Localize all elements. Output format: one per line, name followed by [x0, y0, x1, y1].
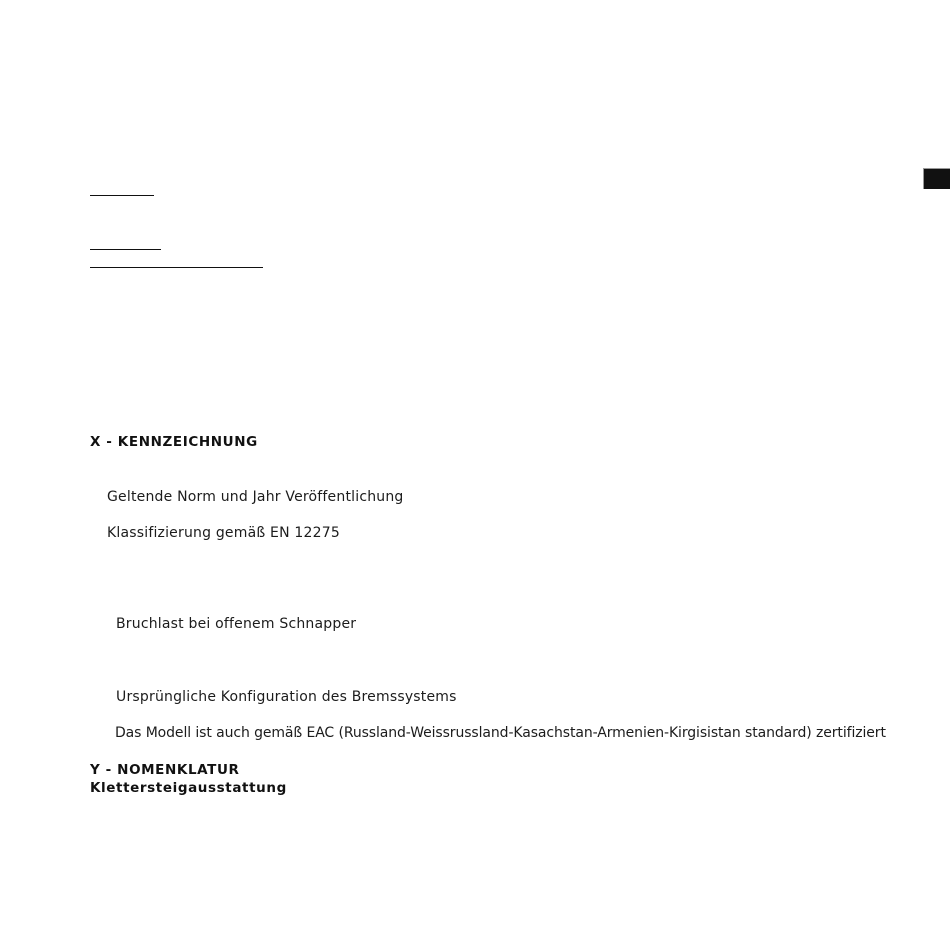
section-subheading-equipment: Klettersteigausstattung — [90, 779, 287, 797]
marking-item-brake-configuration: Ursprüngliche Konfiguration des Bremssys… — [116, 688, 457, 706]
marking-item-eac-certification: Das Modell ist auch gemäß EAC (Russland-… — [115, 724, 886, 742]
underline-rule — [90, 249, 161, 250]
section-heading-kennzeichnung: X - KENNZEICHNUNG — [90, 433, 258, 451]
marking-item-classification: Klassifizierung gemäß EN 12275 — [107, 524, 340, 542]
marking-item-breaking-load: Bruchlast bei offenem Schnapper — [116, 615, 356, 633]
underline-rule — [90, 267, 263, 268]
page-tab-marker — [923, 168, 950, 189]
marking-item-standard-year: Geltende Norm und Jahr Veröffentlichung — [107, 488, 404, 506]
section-heading-nomenklatur: Y - NOMENKLATUR — [90, 761, 240, 779]
underline-rule — [90, 195, 154, 196]
